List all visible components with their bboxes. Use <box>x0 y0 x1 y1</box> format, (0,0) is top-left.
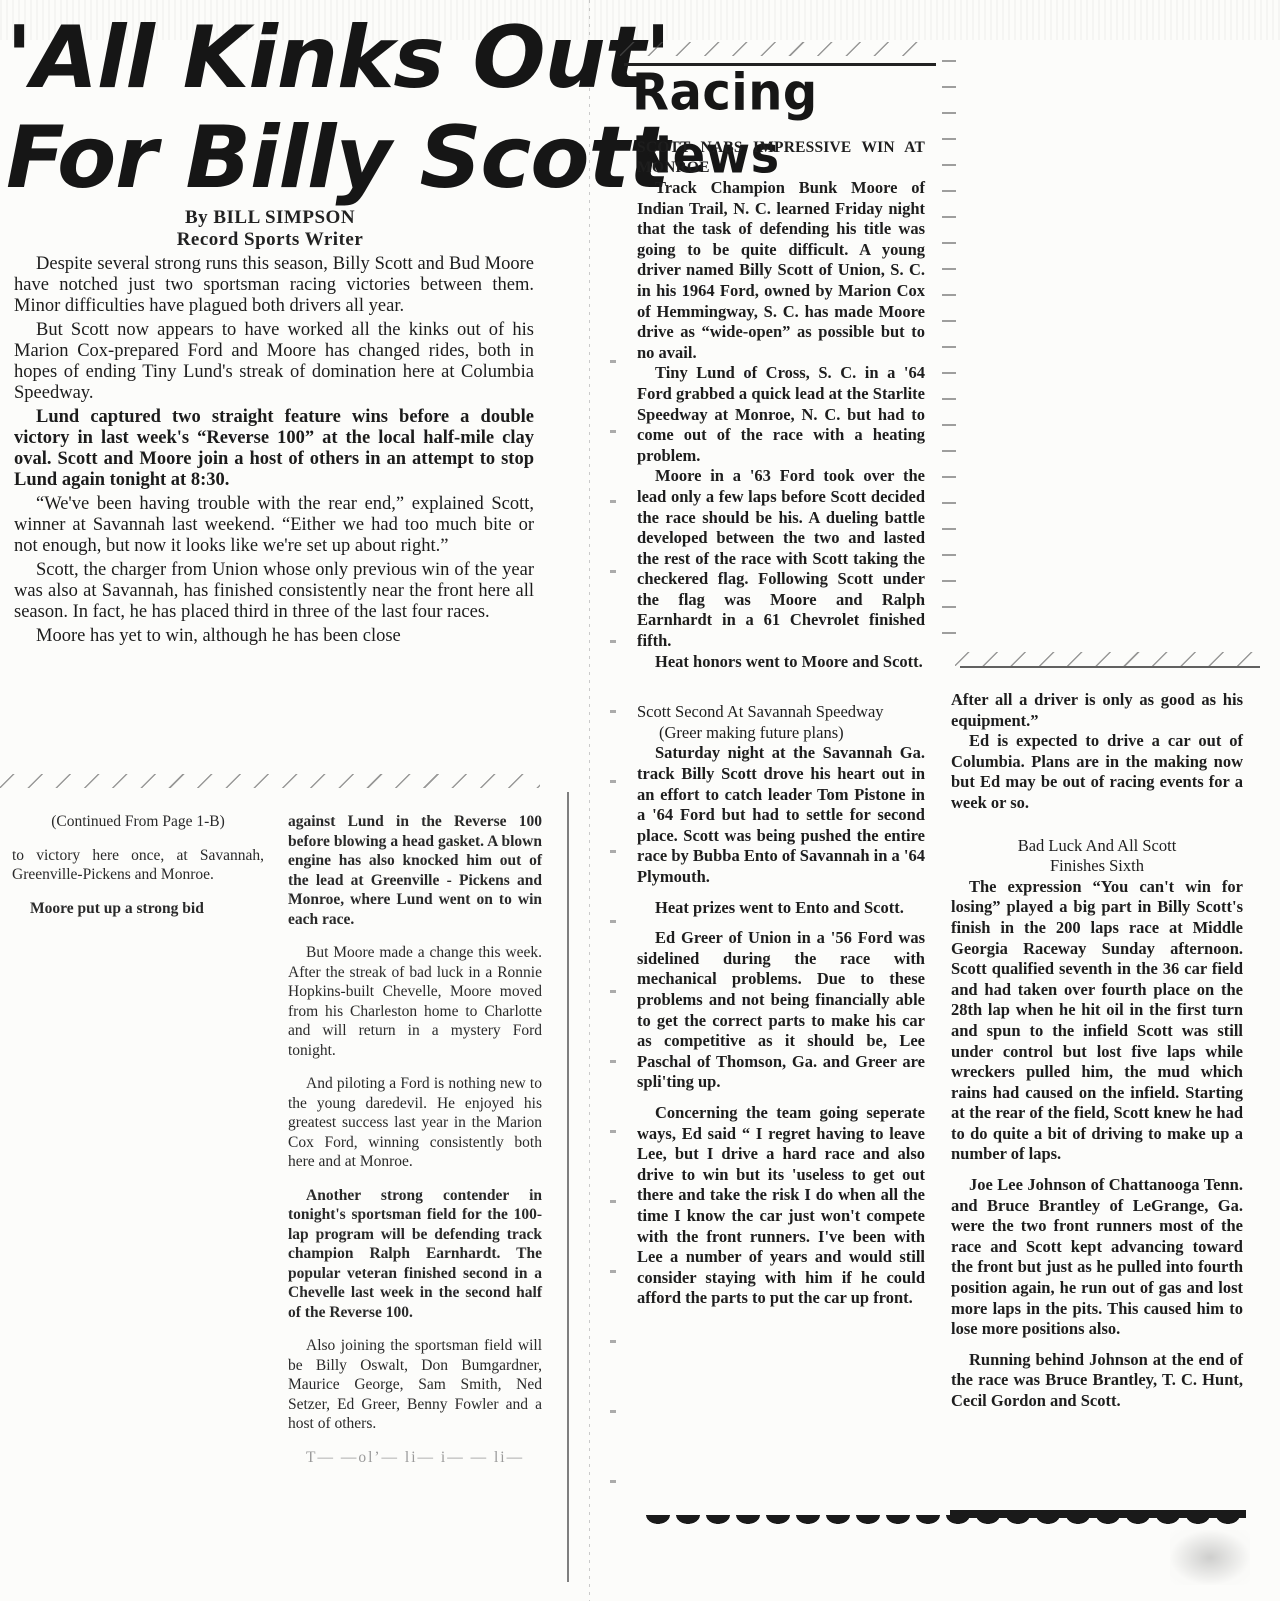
paragraph: “We've been having trouble with the rear… <box>14 494 534 557</box>
cut-line-divider <box>955 652 1260 666</box>
section-kicker: Scott Second At Savannah Speedway <box>637 702 925 723</box>
column-rule <box>567 792 569 1582</box>
paragraph: Moore put up a strong bid <box>12 899 264 919</box>
paragraph: against Lund in the Reverse 100 before b… <box>288 812 542 929</box>
byline: By BILL SIMPSON Record Sports Writer <box>0 207 540 251</box>
section-kicker: SCOTT NABS IMPRESSIVE WIN AT MONROE <box>637 138 925 178</box>
paragraph: Ed Greer of Union in a '56 Ford was side… <box>637 928 925 1093</box>
paragraph: Ed is expected to drive a car out of Col… <box>951 731 1243 813</box>
column-divider <box>960 666 1260 668</box>
paragraph: After all a driver is only as good as hi… <box>951 690 1243 731</box>
paragraph: Saturday night at the Savannah Ga. track… <box>637 743 925 887</box>
paragraph: Heat prizes went to Ento and Scott. <box>637 898 925 919</box>
byline-title: Record Sports Writer <box>0 229 540 251</box>
cut-edge-marks <box>942 40 956 640</box>
newspaper-clipping: 'All Kinks Out' For Billy Scott By BILL … <box>0 0 1280 1601</box>
section-kicker: Bad Luck And All Scott Finishes Sixth <box>951 836 1243 877</box>
paragraph: But Scott now appears to have worked all… <box>14 320 534 404</box>
paragraph: Track Champion Bunk Moore of Indian Trai… <box>637 178 925 363</box>
paragraph: The expression “You can't win for losing… <box>951 877 1243 1165</box>
jump-column-a: (Continued From Page 1-B) to victory her… <box>12 812 264 932</box>
cut-off-text: T— —ol’— li— i— — li— <box>288 1448 542 1468</box>
racing-news-column-1: SCOTT NABS IMPRESSIVE WIN AT MONROE Trac… <box>637 138 925 1309</box>
paragraph: Also joining the sportsman field will be… <box>288 1336 542 1434</box>
paragraph: Running behind Johnson at the end of the… <box>951 1350 1243 1412</box>
cut-line-divider <box>620 42 930 56</box>
paragraph: to victory here once, at Savannah, Green… <box>12 846 264 885</box>
article-headline: 'All Kinks Out' For Billy Scott <box>6 8 551 208</box>
byline-author: By BILL SIMPSON <box>0 207 540 229</box>
jump-column-b: against Lund in the Reverse 100 before b… <box>288 812 542 1481</box>
paragraph: Joe Lee Johnson of Chattanooga Tenn. and… <box>951 1175 1243 1340</box>
lead-article-body: Despite several strong runs this season,… <box>14 254 534 650</box>
paragraph: Another strong contender in tonight's sp… <box>288 1186 542 1323</box>
headline-line-2: For Billy Scott <box>6 108 551 208</box>
paragraph: And piloting a Ford is nothing new to th… <box>288 1074 542 1172</box>
paragraph: Lund captured two straight feature wins … <box>14 407 534 491</box>
paragraph: Scott, the charger from Union whose only… <box>14 560 534 623</box>
continued-label: (Continued From Page 1-B) <box>12 812 264 832</box>
paragraph: Despite several strong runs this season,… <box>14 254 534 317</box>
paragraph: But Moore made a change this week. After… <box>288 943 542 1060</box>
cut-line-divider <box>0 774 540 788</box>
paragraph: Moore in a '63 Ford took over the lead o… <box>637 466 925 651</box>
cut-edge-marks <box>610 300 616 1520</box>
print-smudge <box>1170 1530 1250 1585</box>
racing-news-column-2: After all a driver is only as good as hi… <box>951 690 1243 1412</box>
paragraph: Concerning the team going seperate ways,… <box>637 1103 925 1309</box>
paragraph: Tiny Lund of Cross, S. C. in a '64 Ford … <box>637 363 925 466</box>
paragraph: Heat honors went to Moore and Scott. <box>637 652 925 673</box>
column-fold-line <box>589 0 590 1601</box>
paragraph: Moore has yet to win, although he has be… <box>14 626 534 647</box>
headline-line-1: 'All Kinks Out' <box>6 8 551 108</box>
section-subhead: (Greer making future plans) <box>637 723 925 744</box>
scalloped-border <box>646 1515 1246 1529</box>
